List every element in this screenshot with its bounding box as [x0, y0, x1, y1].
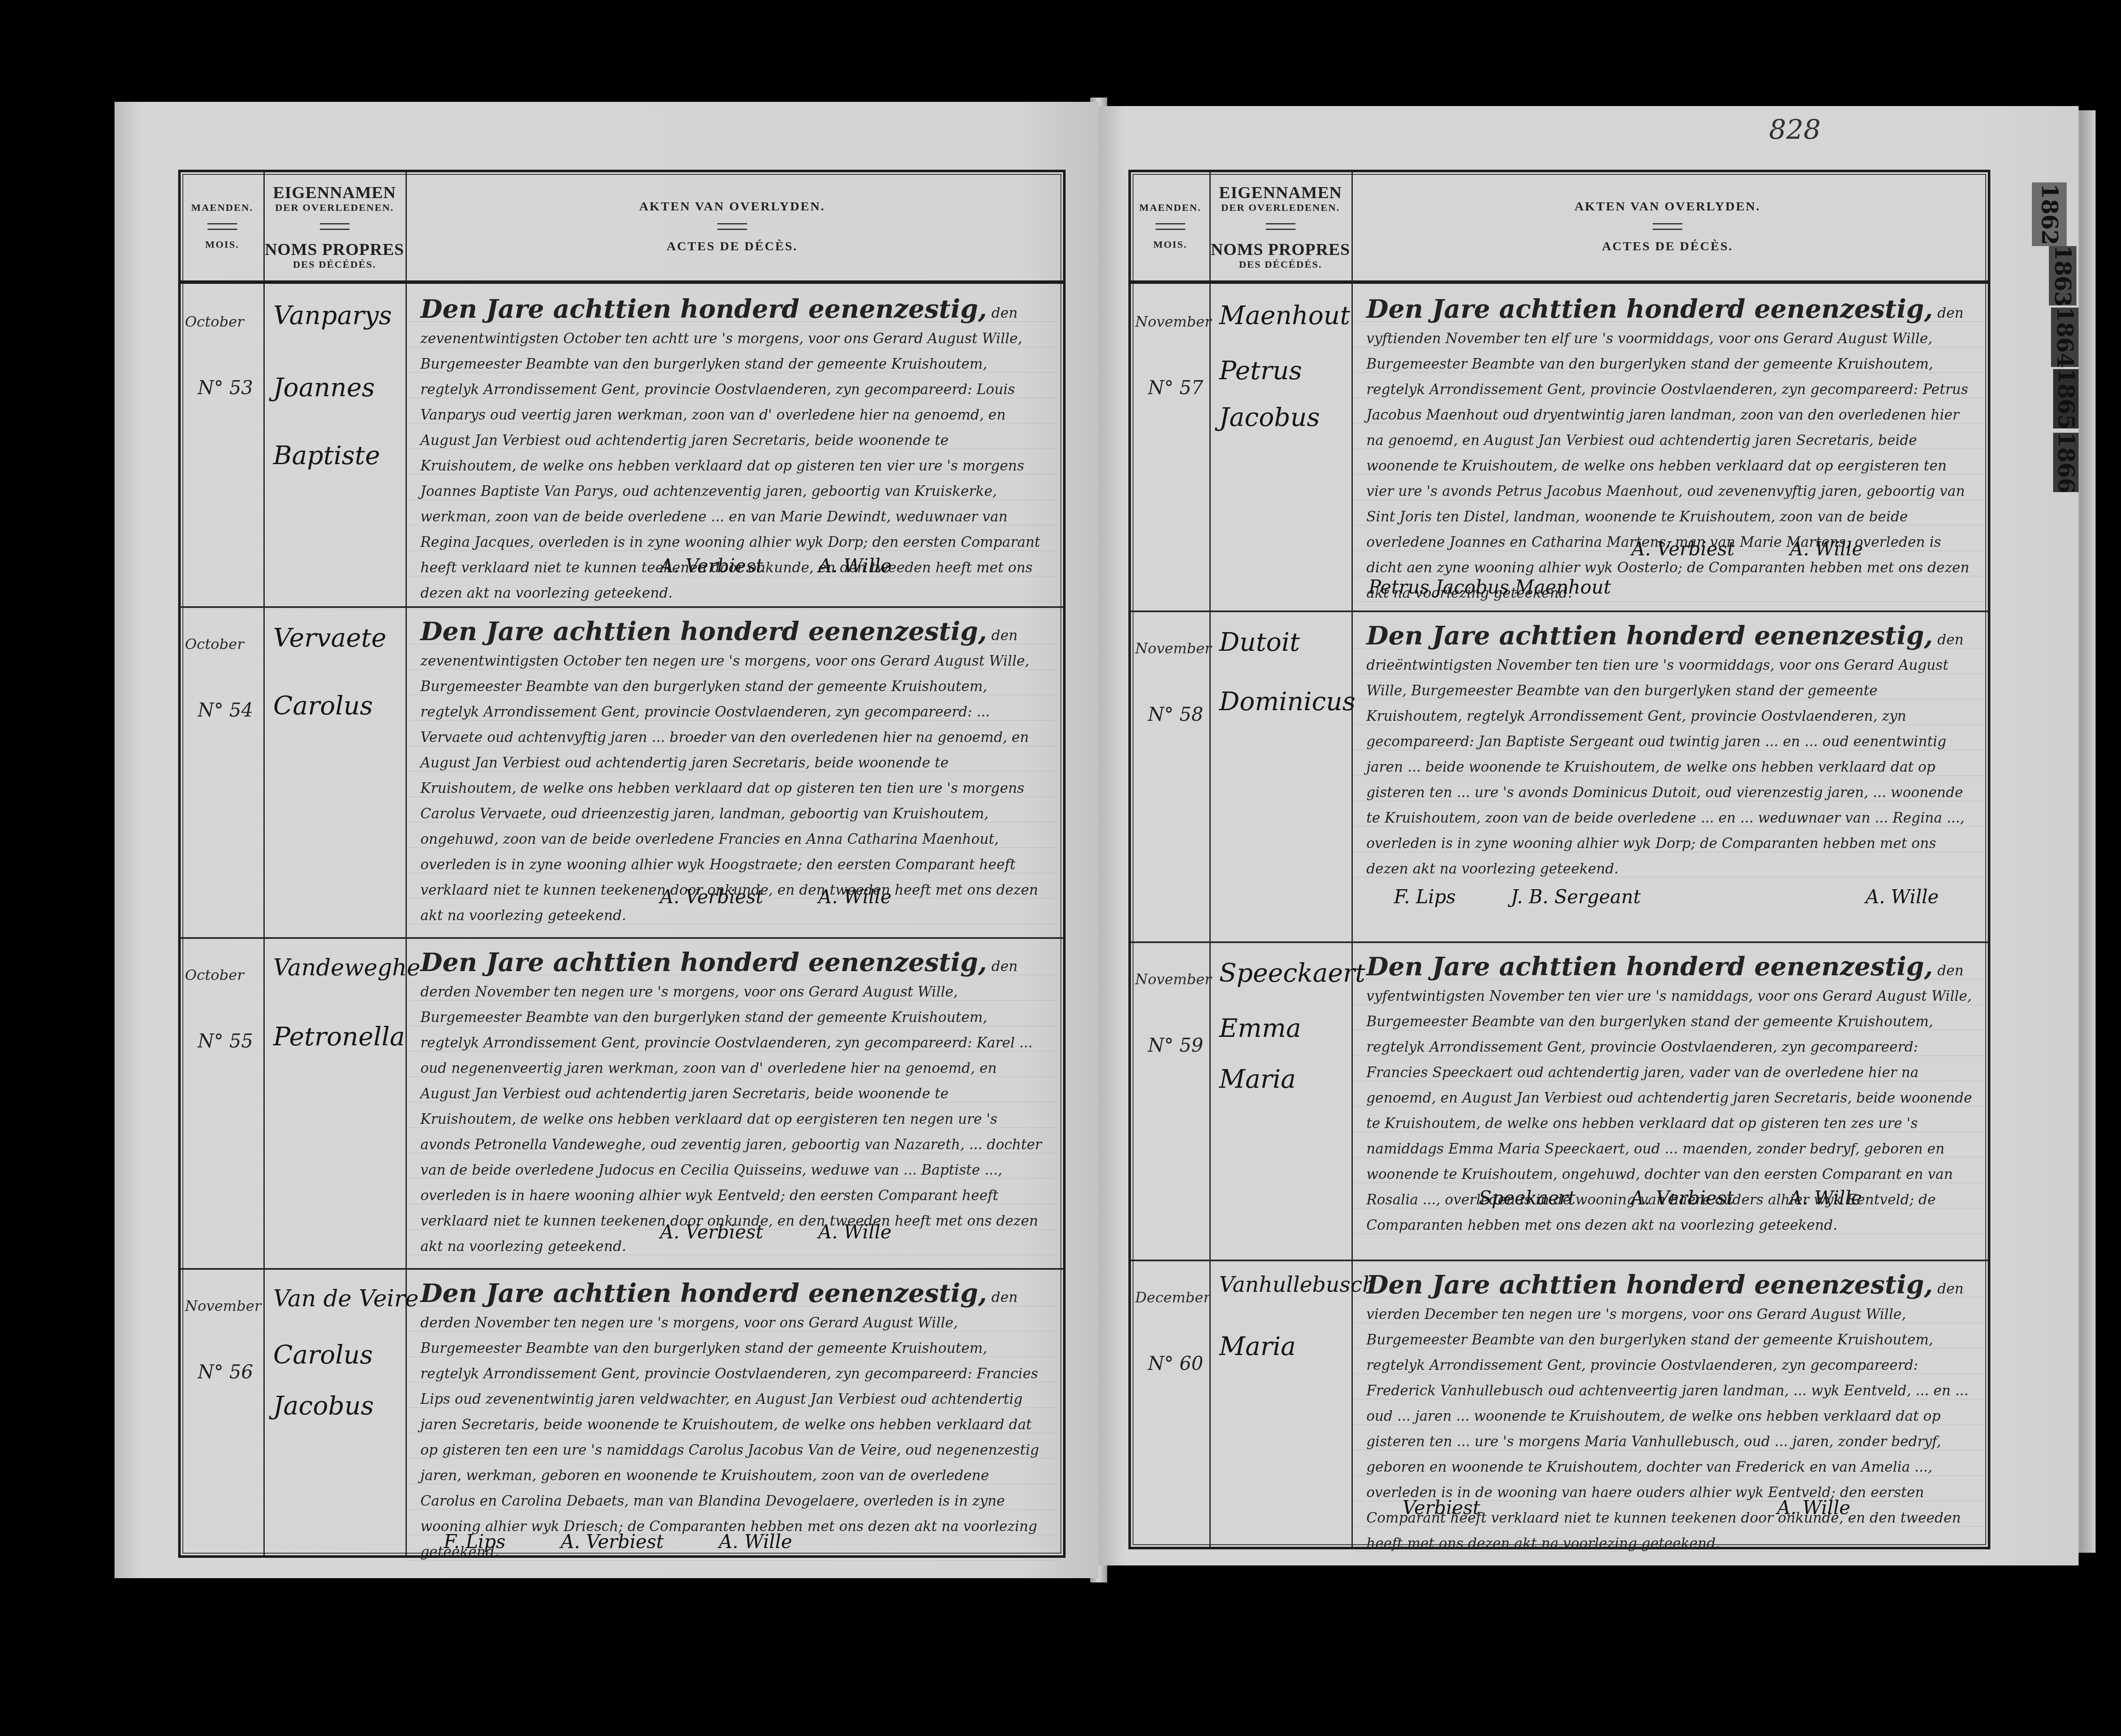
- signatures: F. Lips A. Verbiest A. Wille: [444, 1531, 792, 1553]
- header-names-fr-1: NOMS PROPRES: [265, 239, 404, 259]
- record-month: October: [185, 967, 244, 984]
- act-body: den zevenentwintigsten October ten negen…: [420, 627, 1038, 924]
- header-acts-fr: ACTES DE DÉCÈS.: [666, 239, 797, 254]
- header-names: EIGENNAMEN DER OVERLEDENEN. NOMS PROPRES…: [263, 172, 406, 280]
- death-act-text: Den Jare achttien honderd eenenzestig, d…: [408, 1281, 1057, 1565]
- header-names-fr-2: DES DÉCÉDÉS.: [1239, 259, 1322, 271]
- record-month: November: [1135, 971, 1212, 988]
- act-opening: Den Jare achttien honderd eenenzestig,: [1366, 1270, 1933, 1300]
- act-opening: Den Jare achttien honderd eenenzestig,: [420, 948, 987, 977]
- signatures: A. Verbiest A. Wille: [1631, 538, 1863, 560]
- header-acts-nl: AKTEN VAN OVERLYDEN.: [1575, 199, 1761, 214]
- given-name: Petronella: [273, 1022, 405, 1052]
- record-month: December: [1135, 1289, 1210, 1306]
- header-months-nl: MAENDEN.: [1139, 202, 1201, 214]
- surname: Vanhullebusch: [1219, 1272, 1376, 1297]
- signature: A. Wille: [818, 555, 891, 577]
- register-table-left: MAENDEN. MOIS. EIGENNAMEN DER OVERLEDENE…: [178, 170, 1066, 1558]
- record-month: November: [1135, 314, 1212, 330]
- deceased-names: Vanparys Joannes Baptiste: [265, 284, 405, 606]
- header-month: MAENDEN. MOIS.: [1131, 172, 1209, 280]
- act-body: den drieëntwintigsten November ten tien …: [1366, 631, 1964, 877]
- signature: A. Wille: [818, 886, 891, 908]
- given-name: Maria: [1219, 1064, 1296, 1094]
- signature: J. B. Sergeant: [1511, 886, 1641, 908]
- record-number: N° 59: [1148, 1035, 1203, 1056]
- header-acts: AKTEN VAN OVERLYDEN. ACTES DE DÉCÈS.: [406, 172, 1059, 280]
- signature: A. Verbiest: [1631, 1187, 1734, 1209]
- tab-label: 1864: [2052, 307, 2078, 368]
- given-name: Joannes: [273, 373, 375, 403]
- header-names-nl-2: DER OVERLEDENEN.: [275, 202, 394, 214]
- signature: A. Verbiest: [660, 886, 763, 908]
- left-page: MAENDEN. MOIS. EIGENNAMEN DER OVERLEDENE…: [115, 102, 1099, 1578]
- signature: A. Wille: [1789, 1187, 1862, 1209]
- given-name: Jacobus: [273, 1391, 374, 1421]
- deceased-names: Dutoit Dominicus: [1211, 610, 1351, 941]
- deceased-names: Speeckaert Emma Maria: [1211, 941, 1351, 1260]
- header-names-nl-2: DER OVERLEDENEN.: [1221, 202, 1340, 214]
- header-names-fr-2: DES DÉCÉDÉS.: [293, 259, 376, 271]
- signature: Petrus Jacobus Maenhout: [1368, 577, 1611, 598]
- death-record-59: November N° 59 Speeckaert Emma Maria Den…: [1131, 941, 1988, 1261]
- header-names-nl-1: EIGENNAMEN: [1219, 182, 1342, 202]
- deceased-names: Vanhullebusch Maria: [1211, 1260, 1351, 1544]
- deceased-names: Maenhout Petrus Jacobus: [1211, 284, 1351, 610]
- signature: A. Wille: [1866, 886, 1939, 908]
- given-name: Petrus: [1219, 356, 1302, 386]
- act-opening: Den Jare achttien honderd eenenzestig,: [420, 617, 987, 647]
- death-record-56: November N° 56 Van de Veire Carolus Jaco…: [181, 1268, 1063, 1552]
- signature: Verbiest: [1402, 1497, 1480, 1519]
- act-opening: Den Jare achttien honderd eenenzestig,: [1366, 294, 1933, 324]
- death-record-54: October N° 54 Vervaete Carolus Den Jare …: [181, 606, 1063, 939]
- record-number: N° 60: [1148, 1353, 1203, 1375]
- signature: A. Wille: [719, 1531, 792, 1553]
- signature: A. Wille: [1790, 538, 1863, 560]
- surname: Vandeweghe: [273, 954, 420, 981]
- act-body: den derden November ten negen ure 's mor…: [420, 1289, 1039, 1560]
- record-month: October: [185, 314, 244, 330]
- folio-number: 828: [1769, 115, 1821, 146]
- death-record-53: October N° 53 Vanparys Joannes Baptiste …: [181, 284, 1063, 608]
- tab-label: 1862: [2037, 184, 2062, 245]
- surname: Vanparys: [273, 301, 392, 330]
- header-months-fr: MOIS.: [1153, 239, 1187, 251]
- signatures: A. Verbiest A. Wille: [660, 555, 892, 577]
- right-page: 828 MAENDEN. MOIS. EIGENNAMEN DER OVERLE…: [1099, 106, 2079, 1565]
- death-act-text: Den Jare achttien honderd eenenzestig, d…: [1354, 623, 1986, 882]
- given-name: Dominicus: [1219, 687, 1355, 717]
- deceased-names: Van de Veire Carolus Jacobus: [265, 1268, 405, 1552]
- given-name: Maria: [1219, 1332, 1296, 1361]
- act-opening: Den Jare achttien honderd eenenzestig,: [420, 294, 987, 324]
- given-name: Jacobus: [1219, 403, 1320, 432]
- signature: F. Lips: [1394, 886, 1456, 908]
- act-opening: Den Jare achttien honderd eenenzestig,: [1366, 952, 1933, 982]
- signature: F. Lips: [444, 1531, 506, 1553]
- given-name: Carolus: [273, 1340, 373, 1370]
- act-body: den derden November ten negen ure 's mor…: [420, 958, 1042, 1254]
- header-acts-fr: ACTES DE DÉCÈS.: [1602, 239, 1733, 254]
- header-month: MAENDEN. MOIS.: [181, 172, 263, 280]
- header-names: EIGENNAMEN DER OVERLEDENEN. NOMS PROPRES…: [1209, 172, 1352, 280]
- signature: A. Verbiest: [660, 1221, 763, 1243]
- tab-label: 1865: [2053, 368, 2079, 430]
- death-record-55: October N° 55 Vandeweghe Petronella Den …: [181, 937, 1063, 1270]
- header-acts: AKTEN VAN OVERLYDEN. ACTES DE DÉCÈS.: [1352, 172, 1984, 280]
- signatures: A. Verbiest A. Wille: [660, 1221, 892, 1243]
- surname: Speeckaert: [1219, 958, 1365, 988]
- register-table-right: MAENDEN. MOIS. EIGENNAMEN DER OVERLEDENE…: [1128, 170, 1990, 1549]
- record-number: N° 56: [198, 1361, 253, 1383]
- surname: Van de Veire: [273, 1285, 419, 1312]
- record-month: November: [1135, 640, 1212, 657]
- deceased-names: Vandeweghe Petronella: [265, 937, 405, 1268]
- table-header: MAENDEN. MOIS. EIGENNAMEN DER OVERLEDENE…: [1131, 172, 1988, 284]
- given-name: Emma: [1219, 1014, 1301, 1043]
- year-tab-1862[interactable]: 1862: [2032, 182, 2067, 246]
- tab-label: 1863: [2050, 245, 2076, 307]
- year-tab-1863[interactable]: 1863: [2049, 246, 2076, 305]
- record-number: N° 55: [198, 1030, 253, 1052]
- year-tab-1866[interactable]: 1866: [2053, 433, 2079, 492]
- record-number: N° 57: [1148, 377, 1203, 399]
- signatures: Verbiest A. Wille: [1402, 1497, 1850, 1519]
- record-number: N° 58: [1148, 704, 1203, 725]
- record-month: November: [185, 1298, 261, 1315]
- death-record-60: December N° 60 Vanhullebusch Maria Den J…: [1131, 1260, 1988, 1544]
- signatures: A. Verbiest A. Wille: [660, 886, 892, 908]
- death-record-58: November N° 58 Dutoit Dominicus Den Jare…: [1131, 610, 1988, 943]
- header-months-fr: MOIS.: [205, 239, 239, 251]
- signature: A. Verbiest: [1631, 538, 1735, 560]
- surname: Dutoit: [1219, 627, 1300, 657]
- signature: A. Verbiest: [660, 555, 763, 577]
- table-header: MAENDEN. MOIS. EIGENNAMEN DER OVERLEDENE…: [181, 172, 1063, 284]
- signature: A. Wille: [818, 1221, 891, 1243]
- signature: A. Wille: [1777, 1497, 1850, 1519]
- tab-label: 1866: [2053, 432, 2079, 493]
- signatures: F. Lips J. B. Sergeant A. Wille: [1394, 886, 1939, 908]
- year-tab-1865[interactable]: 1865: [2053, 369, 2079, 428]
- surname: Maenhout: [1219, 301, 1350, 330]
- signatures: Speekaert A. Verbiest A. Wille: [1479, 1187, 1862, 1209]
- header-names-fr-1: NOMS PROPRES: [1211, 239, 1350, 259]
- deceased-names: Vervaete Carolus: [265, 606, 405, 937]
- given-name: Carolus: [273, 691, 373, 721]
- header-months-nl: MAENDEN.: [191, 202, 253, 214]
- header-acts-nl: AKTEN VAN OVERLYDEN.: [639, 199, 825, 214]
- header-names-nl-1: EIGENNAMEN: [273, 182, 396, 202]
- surname: Vervaete: [273, 623, 386, 653]
- record-number: N° 54: [198, 700, 253, 721]
- act-opening: Den Jare achttien honderd eenenzestig,: [420, 1279, 987, 1308]
- given-name: Baptiste: [273, 441, 380, 470]
- signature: Speekaert: [1479, 1187, 1575, 1209]
- death-act-text: Den Jare achttien honderd eenenzestig, d…: [408, 950, 1057, 1259]
- signature: A. Verbiest: [561, 1531, 664, 1553]
- record-month: October: [185, 636, 244, 653]
- death-record-57: November N° 57 Maenhout Petrus Jacobus D…: [1131, 284, 1988, 612]
- act-opening: Den Jare achttien honderd eenenzestig,: [1366, 621, 1933, 651]
- record-number: N° 53: [198, 377, 253, 399]
- death-act-text: Den Jare achttien honderd eenenzestig, d…: [408, 619, 1057, 928]
- informant-signature: Petrus Jacobus Maenhout: [1368, 577, 1611, 598]
- year-tab-1864[interactable]: 1864: [2051, 308, 2079, 367]
